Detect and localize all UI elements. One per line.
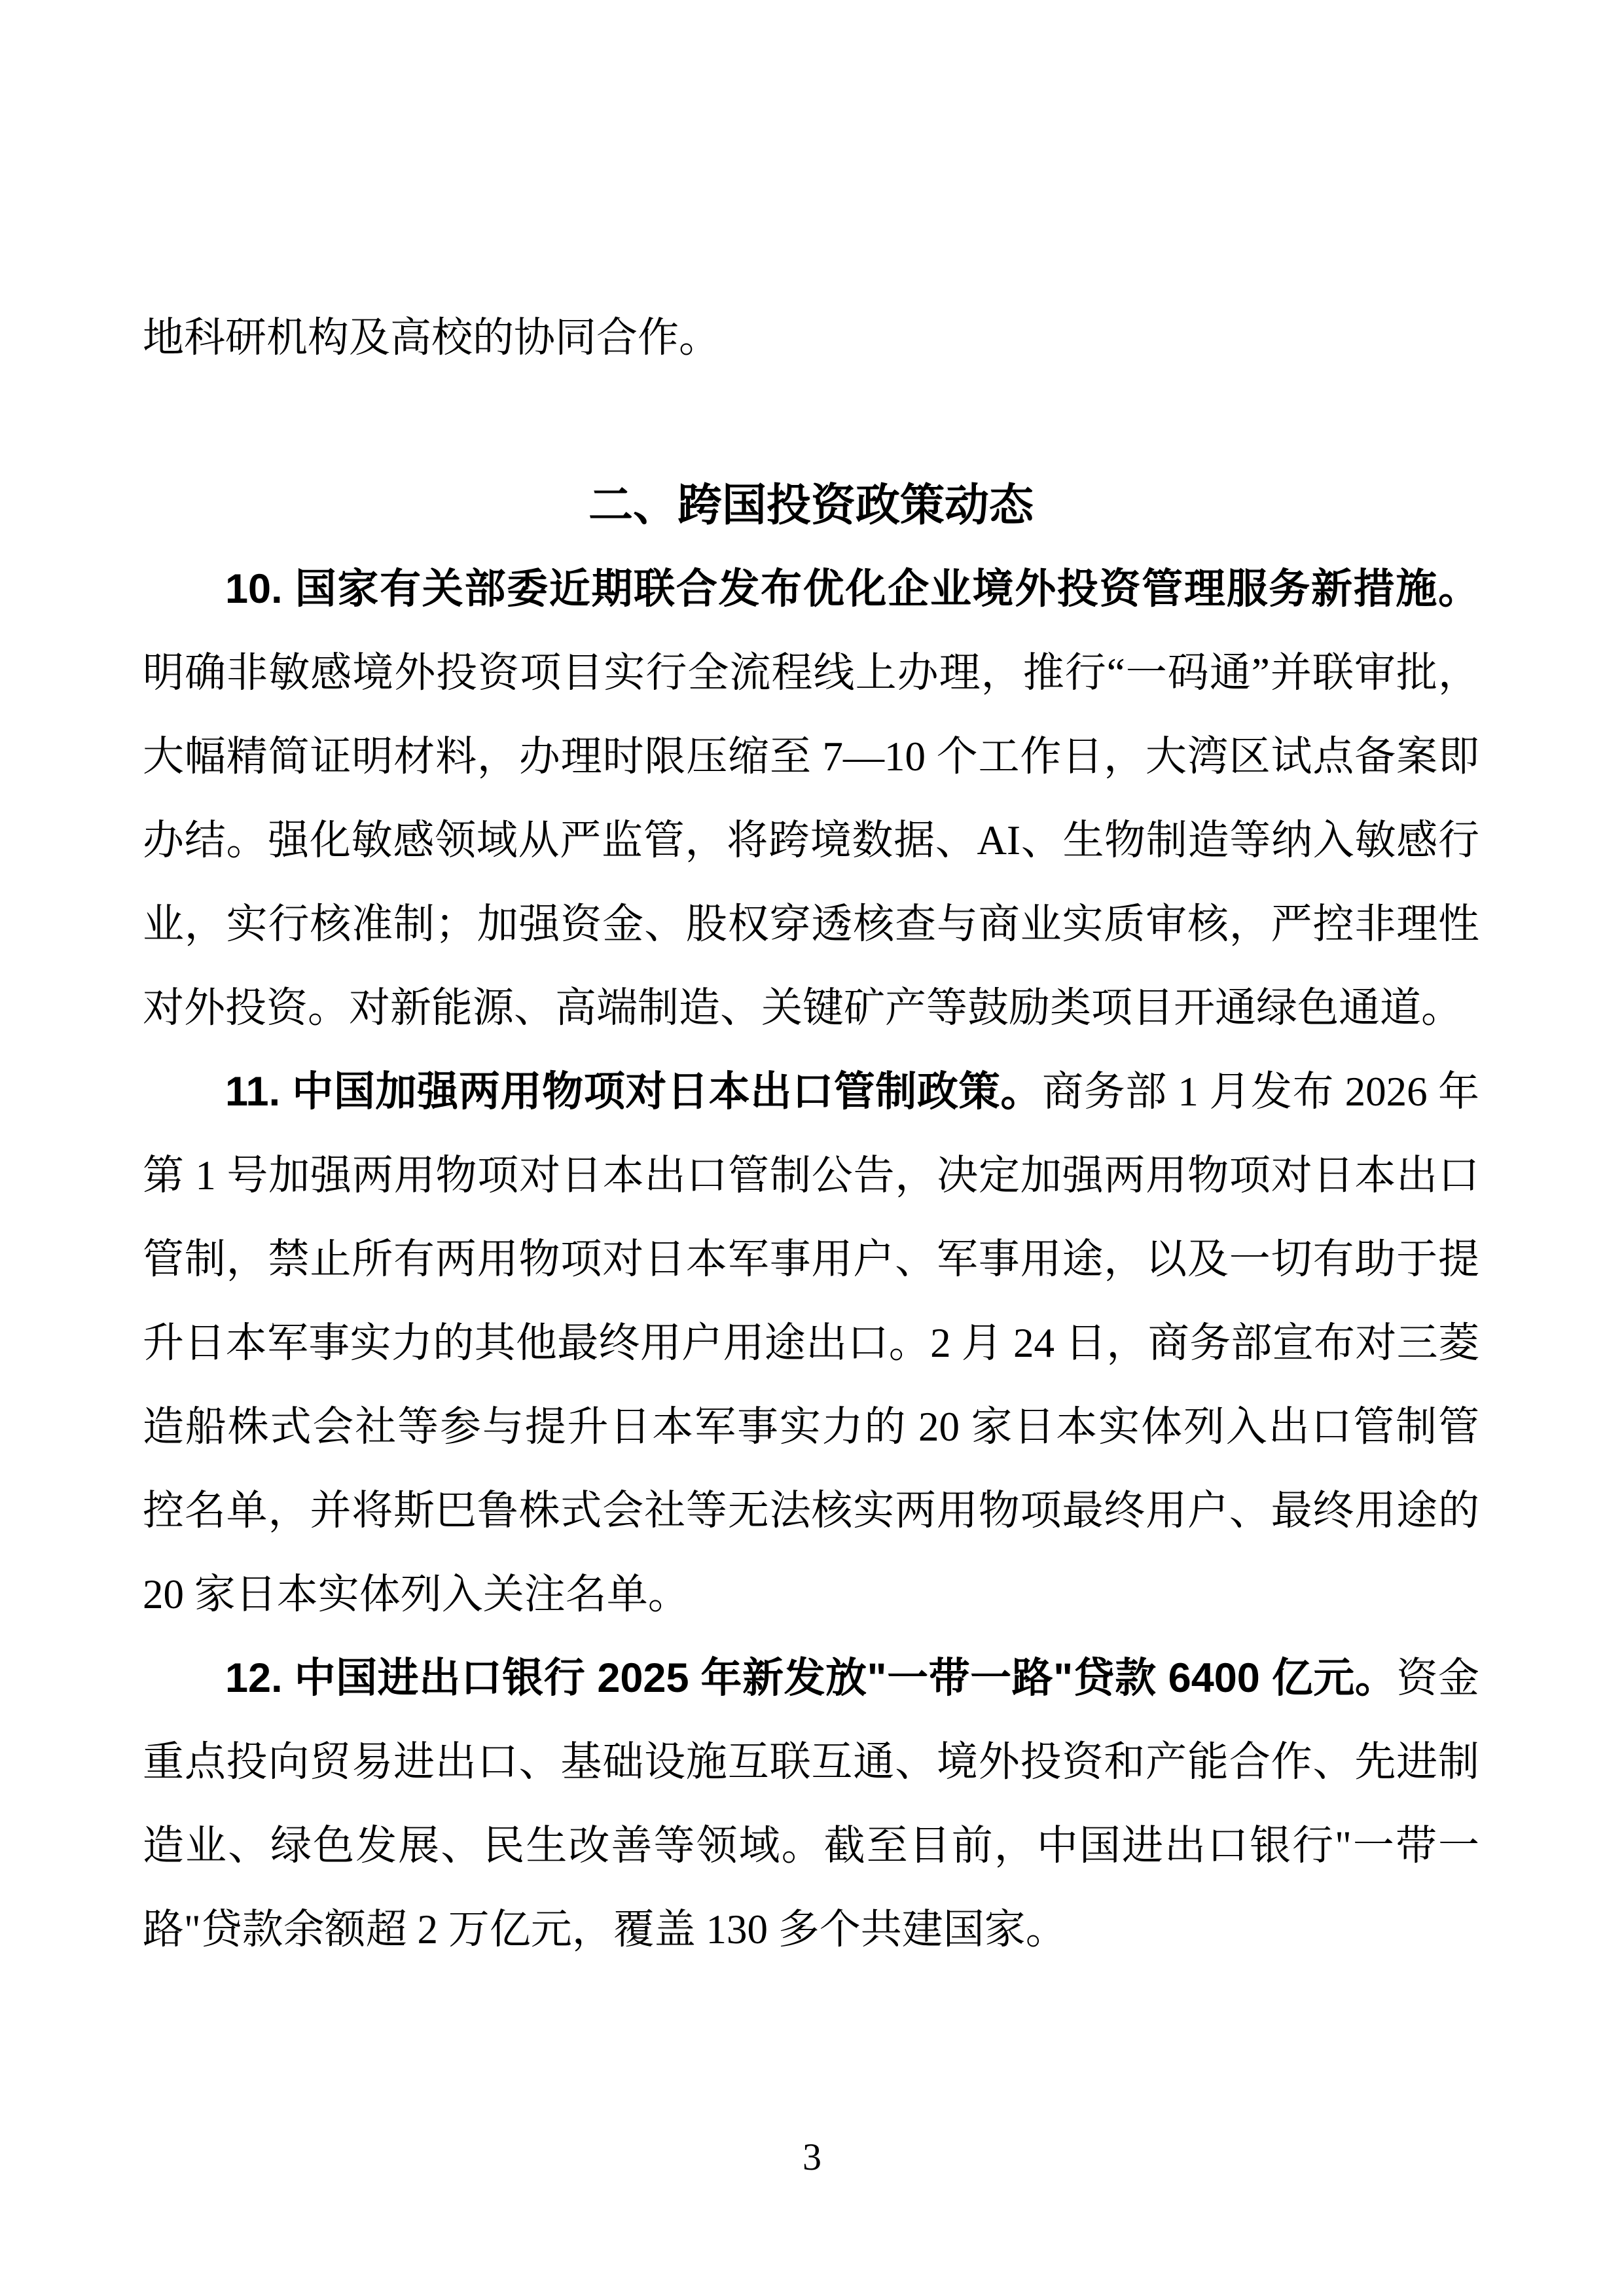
document-body: 地科研机构及高校的协同合作。 二、跨国投资政策动态 10. 国家有关部委近期联合… [143, 296, 1479, 1971]
paragraph-item-12: 12. 中国进出口银行 2025 年新发放"一带一路"贷款 6400 亿元。资金… [143, 1636, 1479, 1971]
document-page: 地科研机构及高校的协同合作。 二、跨国投资政策动态 10. 国家有关部委近期联合… [0, 0, 1624, 2296]
paragraph-11-lead: 11. 中国加强两用物项对日本出口管制政策。 [225, 1069, 1042, 1115]
section-heading: 二、跨国投资政策动态 [143, 463, 1479, 547]
paragraph-10-lead: 10. 国家有关部委近期联合发布优化企业境外投资管理服务新措施。 [225, 566, 1479, 612]
paragraph-11-body: 商务部 1 月发布 2026 年第 1 号加强两用物项对日本出口管制公告，决定加… [143, 1069, 1479, 1617]
paragraph-item-10: 10. 国家有关部委近期联合发布优化企业境外投资管理服务新措施。明确非敏感境外投… [143, 547, 1479, 1050]
continuation-paragraph: 地科研机构及高校的协同合作。 [143, 296, 1479, 380]
paragraph-12-lead: 12. 中国进出口银行 2025 年新发放"一带一路"贷款 6400 亿元。 [225, 1655, 1396, 1701]
paragraph-10-body: 明确非敏感境外投资项目实行全流程线上办理，推行“一码通”并联审批，大幅精简证明材… [143, 650, 1479, 1031]
page-number: 3 [0, 2126, 1624, 2189]
paragraph-item-11: 11. 中国加强两用物项对日本出口管制政策。商务部 1 月发布 2026 年第 … [143, 1050, 1479, 1636]
